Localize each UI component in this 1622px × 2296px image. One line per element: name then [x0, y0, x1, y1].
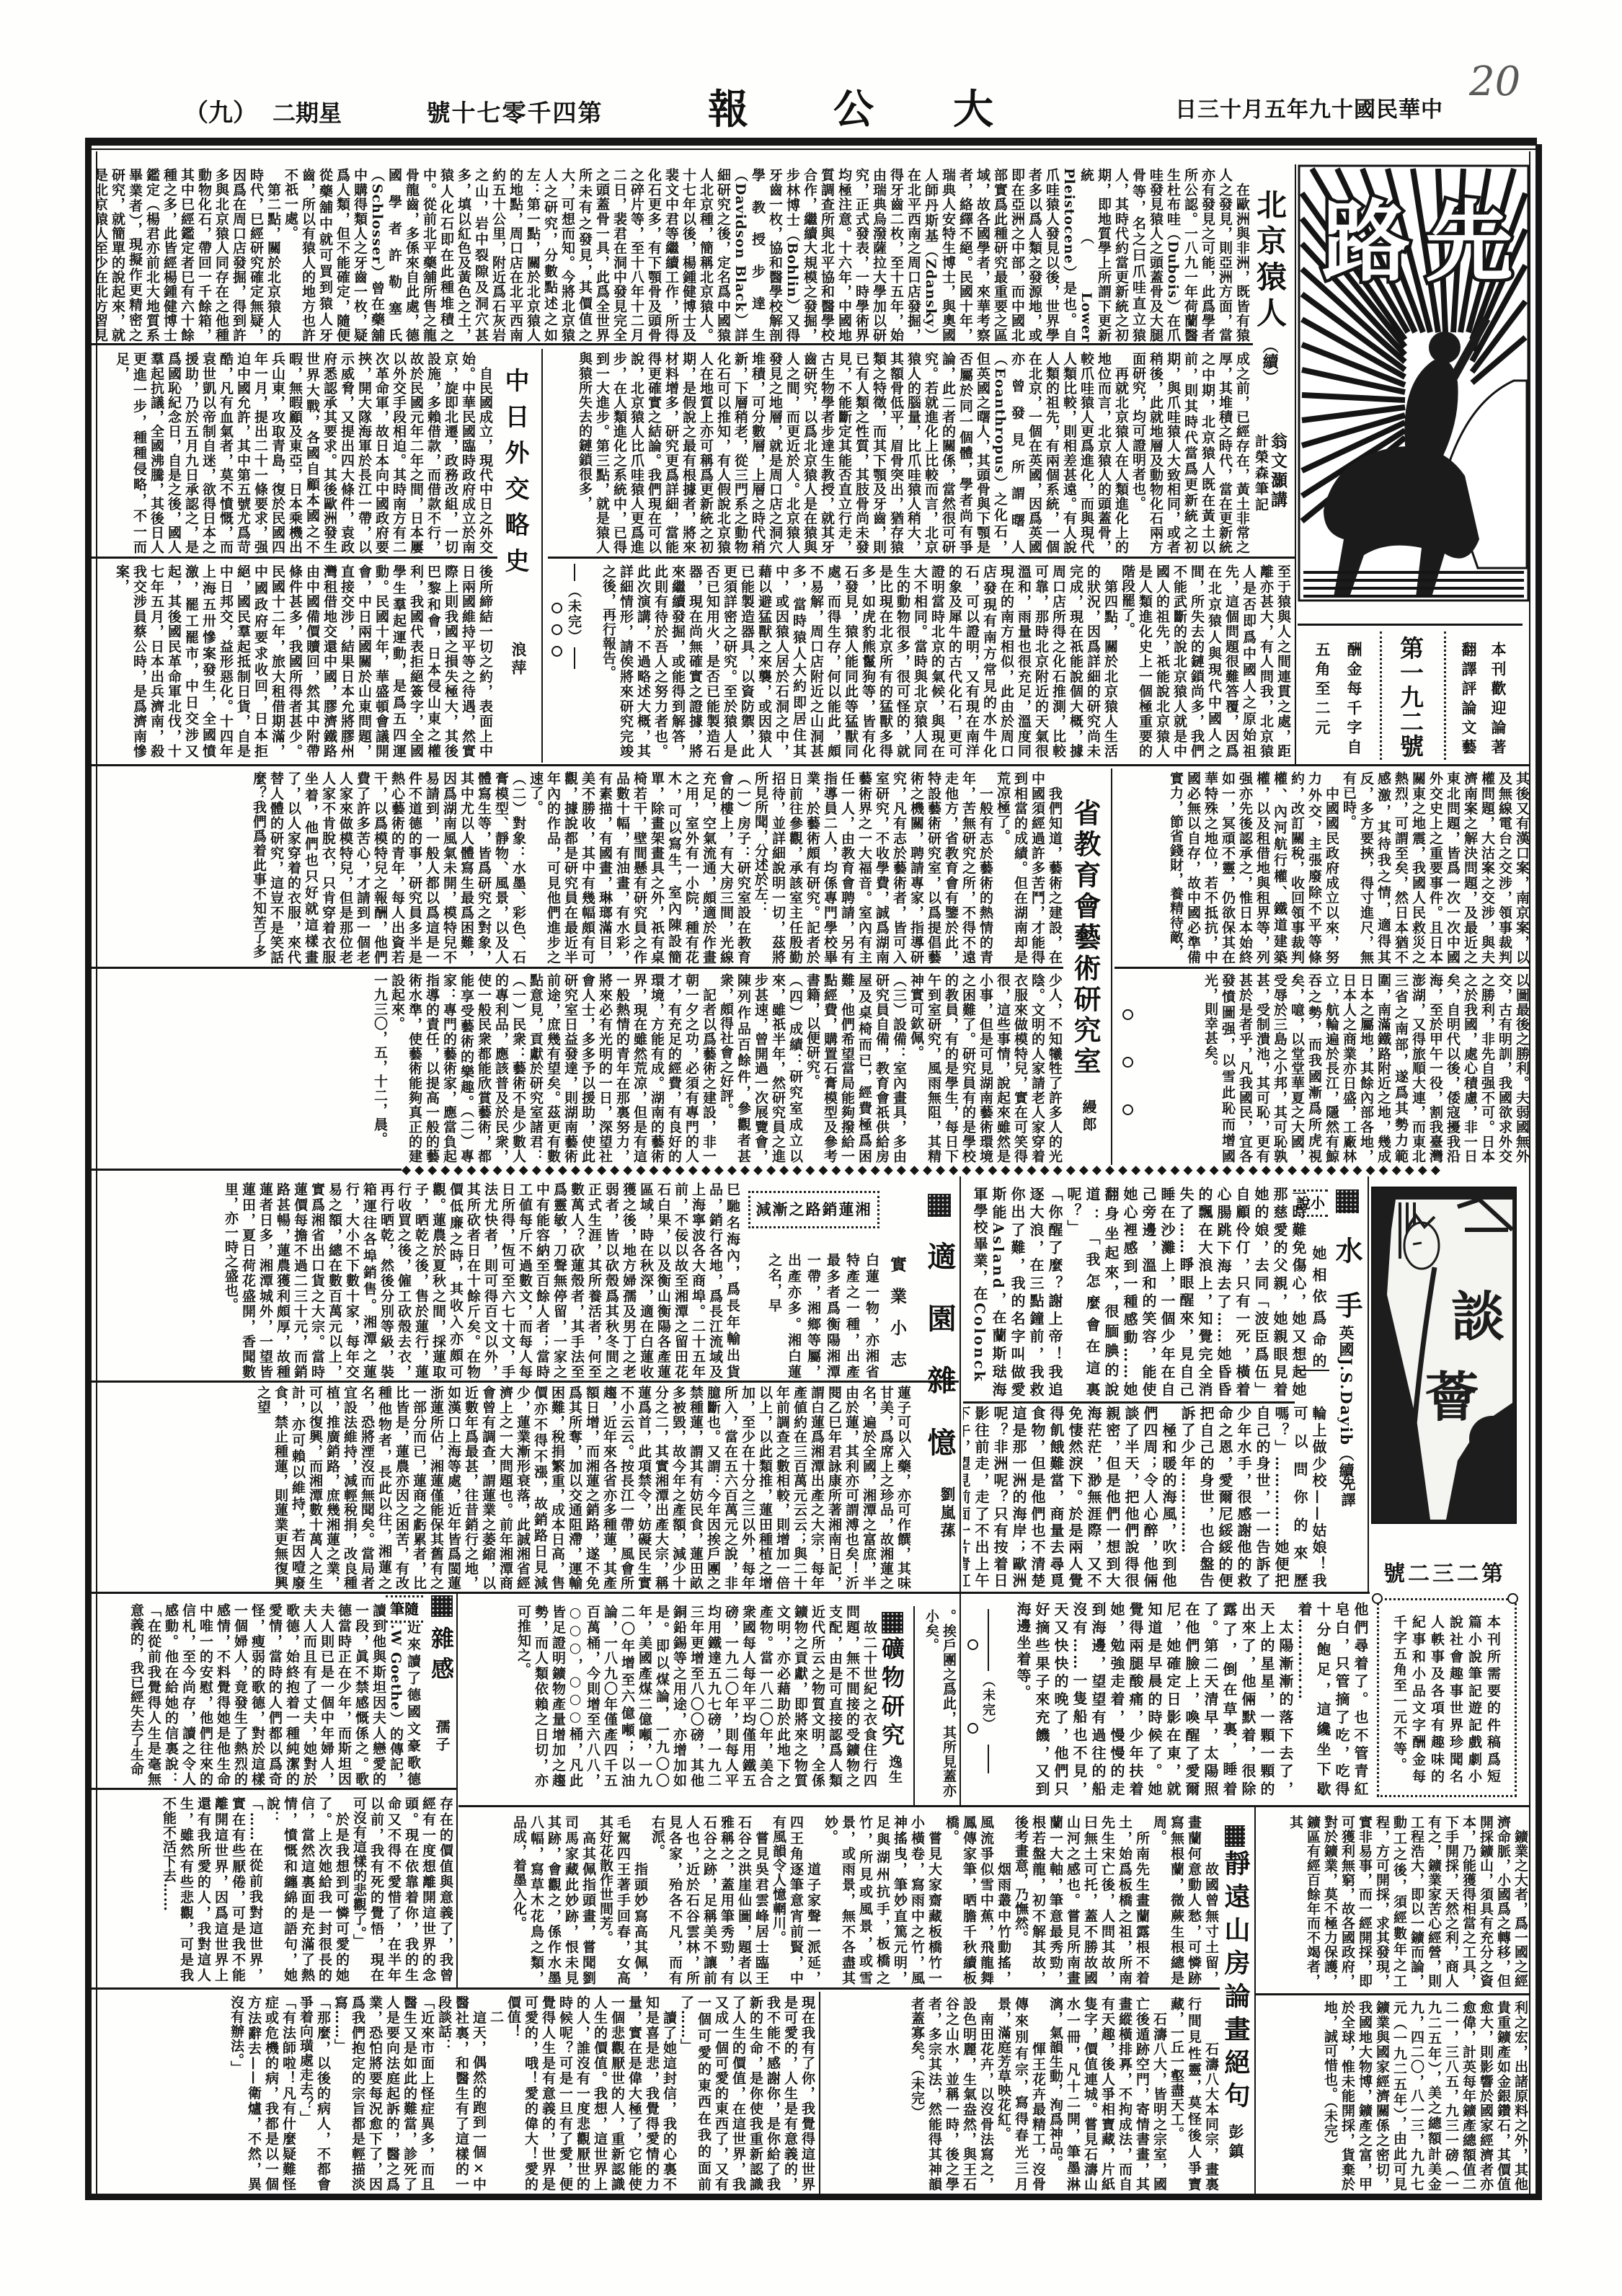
section-rule — [92, 1169, 402, 1171]
article-title-sino-japanese-diplomacy: 中日外交略史 — [502, 368, 527, 584]
author-byline: 劉嵐蓀 — [940, 1486, 955, 1541]
ornament-circle-icon — [1372, 1593, 1383, 1604]
author-byline: 孺子 — [435, 1719, 449, 1754]
essay-tag: 隨筆 — [386, 1595, 423, 1623]
article-body-sino-japanese: 其後又有漢口案，南京案，以及無線電台之交涉，領事裁判權問題，大沽案之交涉，與夫濟… — [1117, 771, 1530, 965]
section-label: 實業小志 — [889, 1256, 905, 1383]
ornament-circle-icon — [967, 1639, 978, 1650]
article-body-mineral-research: 鑛業之大者，爲一國之經濟命脈，小國爲之轉移，但開採鑛山，須具有充分之資本，乃能獲… — [1258, 1815, 1529, 1988]
article-body-random-thoughts: 現在我有了你，我覺得這世界是可愛的，人生是有意義的，我不能不感謝你，是你給了我新… — [97, 1995, 816, 2191]
tanhui-masthead-graphic: 談 薈 — [1371, 1187, 1517, 1524]
ornament-circle-icon — [967, 1723, 978, 1734]
page-number: （九） — [184, 101, 257, 125]
article-body-peking-man: 成之前，已經存在，黃土非常之厚，其堆積之時代，當在更新統之中期，北京猿人既在黃土… — [555, 352, 1251, 554]
column-divider — [1254, 1807, 1256, 2194]
section-rule — [548, 557, 1296, 559]
column-divider — [819, 1992, 820, 2194]
header-rule-thin — [85, 149, 1537, 150]
section-rule — [92, 1592, 1370, 1594]
column-divider — [913, 1606, 915, 1805]
column-divider — [960, 1176, 961, 1805]
story-body-sailor: 一時難免傷心，她又想起她那慈愛的父親，她親眼見着她的娘，去同「波臣爲伍」自顧伶仃… — [963, 1187, 1308, 1399]
section-marker-icon — [1225, 1825, 1245, 1847]
article-title-peking-man: 北京猿人 — [1254, 189, 1285, 333]
graphic-char-hui: 薈 — [1425, 1367, 1479, 1429]
section-marker-icon — [431, 1595, 453, 1617]
ornament-circle-icon — [551, 646, 562, 657]
author-byline: 彭鎮 — [1228, 2124, 1244, 2163]
weekday: 星期二 — [271, 102, 343, 125]
header-rule-thick — [85, 138, 1537, 146]
ornament-circle-icon — [1122, 1009, 1133, 1020]
article-body-art-studio: 少人，不知犧牲了許多人的光陰。文明的人家請老人家穿着衣服來做模特兒，實在可笑得很… — [97, 973, 1063, 1163]
ornament-circle-icon — [551, 624, 562, 635]
ornament-circle-icon — [1122, 1104, 1133, 1115]
notice-line-2: 翻譯評論文藝 — [1461, 642, 1476, 758]
author-byline: 浪萍 — [511, 642, 526, 678]
ornament-circle-icon — [1507, 1593, 1518, 1604]
rider-head-icon — [1429, 332, 1461, 363]
article-body-garden-memoirs: 白蓮一物，亦湘省特產之一種，出產最多者爲衡陽湘潭一帶，湘鄉等屬，出產亦多。湘白蓮… — [764, 1253, 881, 1380]
right-border — [1535, 144, 1542, 2200]
column-divider — [1368, 1176, 1369, 1593]
article-body-random-thoughts: 近來讀了德國文豪歌德（J.W Goethe）的傳記，讀到他與斯坦因夫人戀愛的一段… — [97, 1603, 422, 1786]
article-body-peking-man: 在歐洲與非洲，既皆有猿人之發見，則亞洲方面，當亦有發見之可能，此爲學者所公認。一… — [97, 168, 1251, 342]
end-mark-rule — [574, 647, 575, 669]
masthead-char-lu: 路 — [1322, 190, 1410, 293]
column-divider — [541, 349, 543, 763]
story-byline: 英國J.S.Dayib（續） — [1339, 1325, 1354, 1496]
supplement-issue-number: 第一九二號 — [1399, 636, 1422, 758]
article-body-painting-poems: 石濤八大本同宗，畫裏行間見性靈，莫怪後人爭寶藏，一丘一壑盡天工。 石濤八大，皆明… — [823, 1997, 1220, 2191]
article-body-painting-poems: 故國曾無寸土留，畫蘭何意動人愁，可憐跡寫無根蘭，微蕨生根總是周。 所南先生畫蘭露… — [487, 1815, 1220, 1985]
article-title-art-studio: 省教育會藝術研究室 — [1071, 799, 1099, 1078]
translator-byline: 先譯 — [1340, 1476, 1355, 1508]
article-title-random-thoughts: 雜感 — [430, 1626, 453, 1687]
eye-icon — [1413, 1243, 1422, 1244]
article-title-garden-memoirs: 適園雜憶 — [925, 1241, 954, 1489]
column-divider — [1111, 768, 1112, 1165]
article-body-mineral-research: 利之宏，出諸原料之外，其他貴重鑛產如金銀鑽石，其價值愈大，則影響於國家經濟者亦愈… — [1258, 2000, 1529, 2191]
end-mark-rule — [574, 564, 575, 581]
masthead-char-gong: 公 — [833, 89, 874, 130]
section-rule — [92, 557, 497, 559]
section-marker-icon — [928, 1194, 951, 1217]
article-body-sino-japanese: 自民國成立，現代中日之外交始。中華民國臨時政府成立於南京，旋即北遷，政務改組，一… — [97, 352, 494, 554]
wavy-divider — [1444, 631, 1446, 760]
notice-box-top-rule — [1298, 624, 1523, 626]
to-be-continued-mark: （未完） — [981, 1674, 994, 1732]
section-rule — [92, 967, 1063, 969]
section-rule — [92, 1380, 959, 1383]
end-mark-rule — [988, 1745, 989, 1773]
left-border — [85, 144, 92, 2200]
notice-fee-1: 酬金每千字自 — [1347, 642, 1362, 758]
newspaper-page: 20 中華民國十九年五月十三日 大 公 報 第四千零七十號 星期二 （九） ◆◆… — [0, 0, 1622, 2296]
article-body-random-thoughts: 存在的價值與意義了，我曾經有一度想離開這世界的念頭。現在依靠着你，我的生命又不得… — [97, 1796, 454, 1982]
ornament-circle-icon — [551, 603, 562, 613]
section-rule — [92, 1788, 457, 1790]
article-title-painting-poems: 靜遠山房論畫絕句 — [1223, 1850, 1249, 2115]
face-icon — [1404, 1223, 1439, 1269]
article-body-garden-memoirs: 。挨戶團之爲此，其所見蓋亦小矣。 — [921, 1609, 957, 1798]
section-marker-icon — [1336, 1189, 1359, 1213]
xianlu-masthead-graphic: 路 先 — [1298, 164, 1530, 602]
article-body-sino-japanese: 以圖最後之勝利。夫弱國無外交，古有明訓，我國欲求外交之勝利，非先自强不可。日本之… — [1139, 973, 1530, 1163]
section-marker-icon — [882, 1612, 903, 1634]
wavy-divider — [1380, 631, 1382, 760]
tanhui-issue-number: 第二三二號 — [1383, 1564, 1507, 1585]
section-rule — [1114, 967, 1530, 969]
notice-fee-2: 五角至二元 — [1315, 642, 1330, 739]
masthead-char-da: 大 — [953, 89, 993, 130]
article-body-art-studio: 我們知道，藝術之建設，在中國須經過許多苦鬥，才能得到相當的成績。但在湖南却是荒凉… — [97, 771, 1063, 965]
column-divider — [456, 1594, 458, 1987]
to-be-continued-mark: （未完） — [567, 584, 580, 644]
diamond-divider: ◆◆◆◆◆◆◆◆◆◆◆◆◆◆◆◆◆◆◆◆◆◆◆◆◆◆◆◆◆◆◆◆◆◆◆◆◆◆◆◆… — [402, 1164, 1517, 1176]
section-rule — [963, 1401, 1295, 1404]
story-body-sailor: 他們尋着了。也不管青紅皂白，只管摘了吃，吃得十分飽足，這纔坐下歇着…………… 太… — [1001, 1602, 1370, 1798]
column-divider — [1295, 164, 1296, 764]
continued-mark: （續） — [1262, 337, 1277, 385]
tanhui-notice-text: 本刊所需要的件稿爲短篇小說筆記遊記戲劇小說社會趣事世界珍聞名人軼事及各項有趣味的… — [1388, 1615, 1502, 1785]
article-body-garden-memoirs: 蓮子可以入藥，亦可作饌，其味甘美，爲席上之珍品，故湘蓮之名，遍於全國，湘潭之富庶… — [97, 1386, 912, 1590]
graphic-char-tan: 談 — [1451, 1286, 1504, 1348]
header-date: 中華民國十九年五月十三日 — [1169, 99, 1449, 121]
bottom-border — [85, 2194, 1542, 2200]
notice-line-1: 本刊歡迎論著 — [1491, 642, 1506, 758]
end-mark-rule — [988, 1609, 989, 1671]
section-rule — [1256, 1993, 1530, 1995]
article-title-mineral-research: 礦物研究 — [880, 1636, 903, 1752]
section-rule — [92, 1987, 1220, 1990]
handwritten-page-number: 20 — [1469, 62, 1520, 102]
masthead-char-bao: 報 — [708, 89, 748, 130]
ornament-circle-icon — [1122, 1057, 1133, 1068]
dark-circle-icon — [1469, 1416, 1515, 1462]
story-body-sailor: 她相依爲命的人， — [1309, 1246, 1328, 1370]
subhead-text: 湘蓮銷路之漸減 — [750, 1193, 877, 1226]
issue-number: 第四千零七十號 — [422, 101, 607, 125]
subhead-box: 湘蓮銷路之漸減 — [748, 1191, 879, 1228]
story-body-sailor: 輪上做少校——姑娘！我可以問你的來歷嗎？」……………她便把自己的身世，一一告訴了… — [963, 1406, 1328, 1590]
recorder-byline: 計榮森筆記 — [1254, 434, 1267, 513]
section-rule — [458, 1805, 1530, 1807]
section-rule — [92, 343, 1253, 345]
article-body-peking-man: 至于猿與人之間連貫之處，距離亦甚大，有人問我，北京猿人是否即爲中國人之原始祖先，… — [588, 564, 1292, 758]
author-byline: 逸生 — [887, 1755, 901, 1785]
author-byline: 縵郎 — [1081, 1099, 1096, 1134]
section-rule — [92, 764, 1530, 766]
article-body-sino-japanese: 後所締結一切之約，表面上中日兩國維持平等之待遇，然實際上則我國之損失極大，其後巴… — [97, 564, 494, 758]
speaker-byline: 翁文灝講 — [1269, 433, 1286, 510]
article-body-garden-memoirs: 巳馳名海內，爲長年輸出貨品，銷行各地，爲長江流域及上海寧波各大商埠。二十五年前，… — [97, 1182, 741, 1379]
masthead-char-xian: 先 — [1425, 190, 1513, 293]
article-body-mineral-research: 故二十世紀之衣食住行四問題，無不間接的受鑛物之支配，由是可直接認爲人類近代所云之… — [461, 1605, 878, 1788]
